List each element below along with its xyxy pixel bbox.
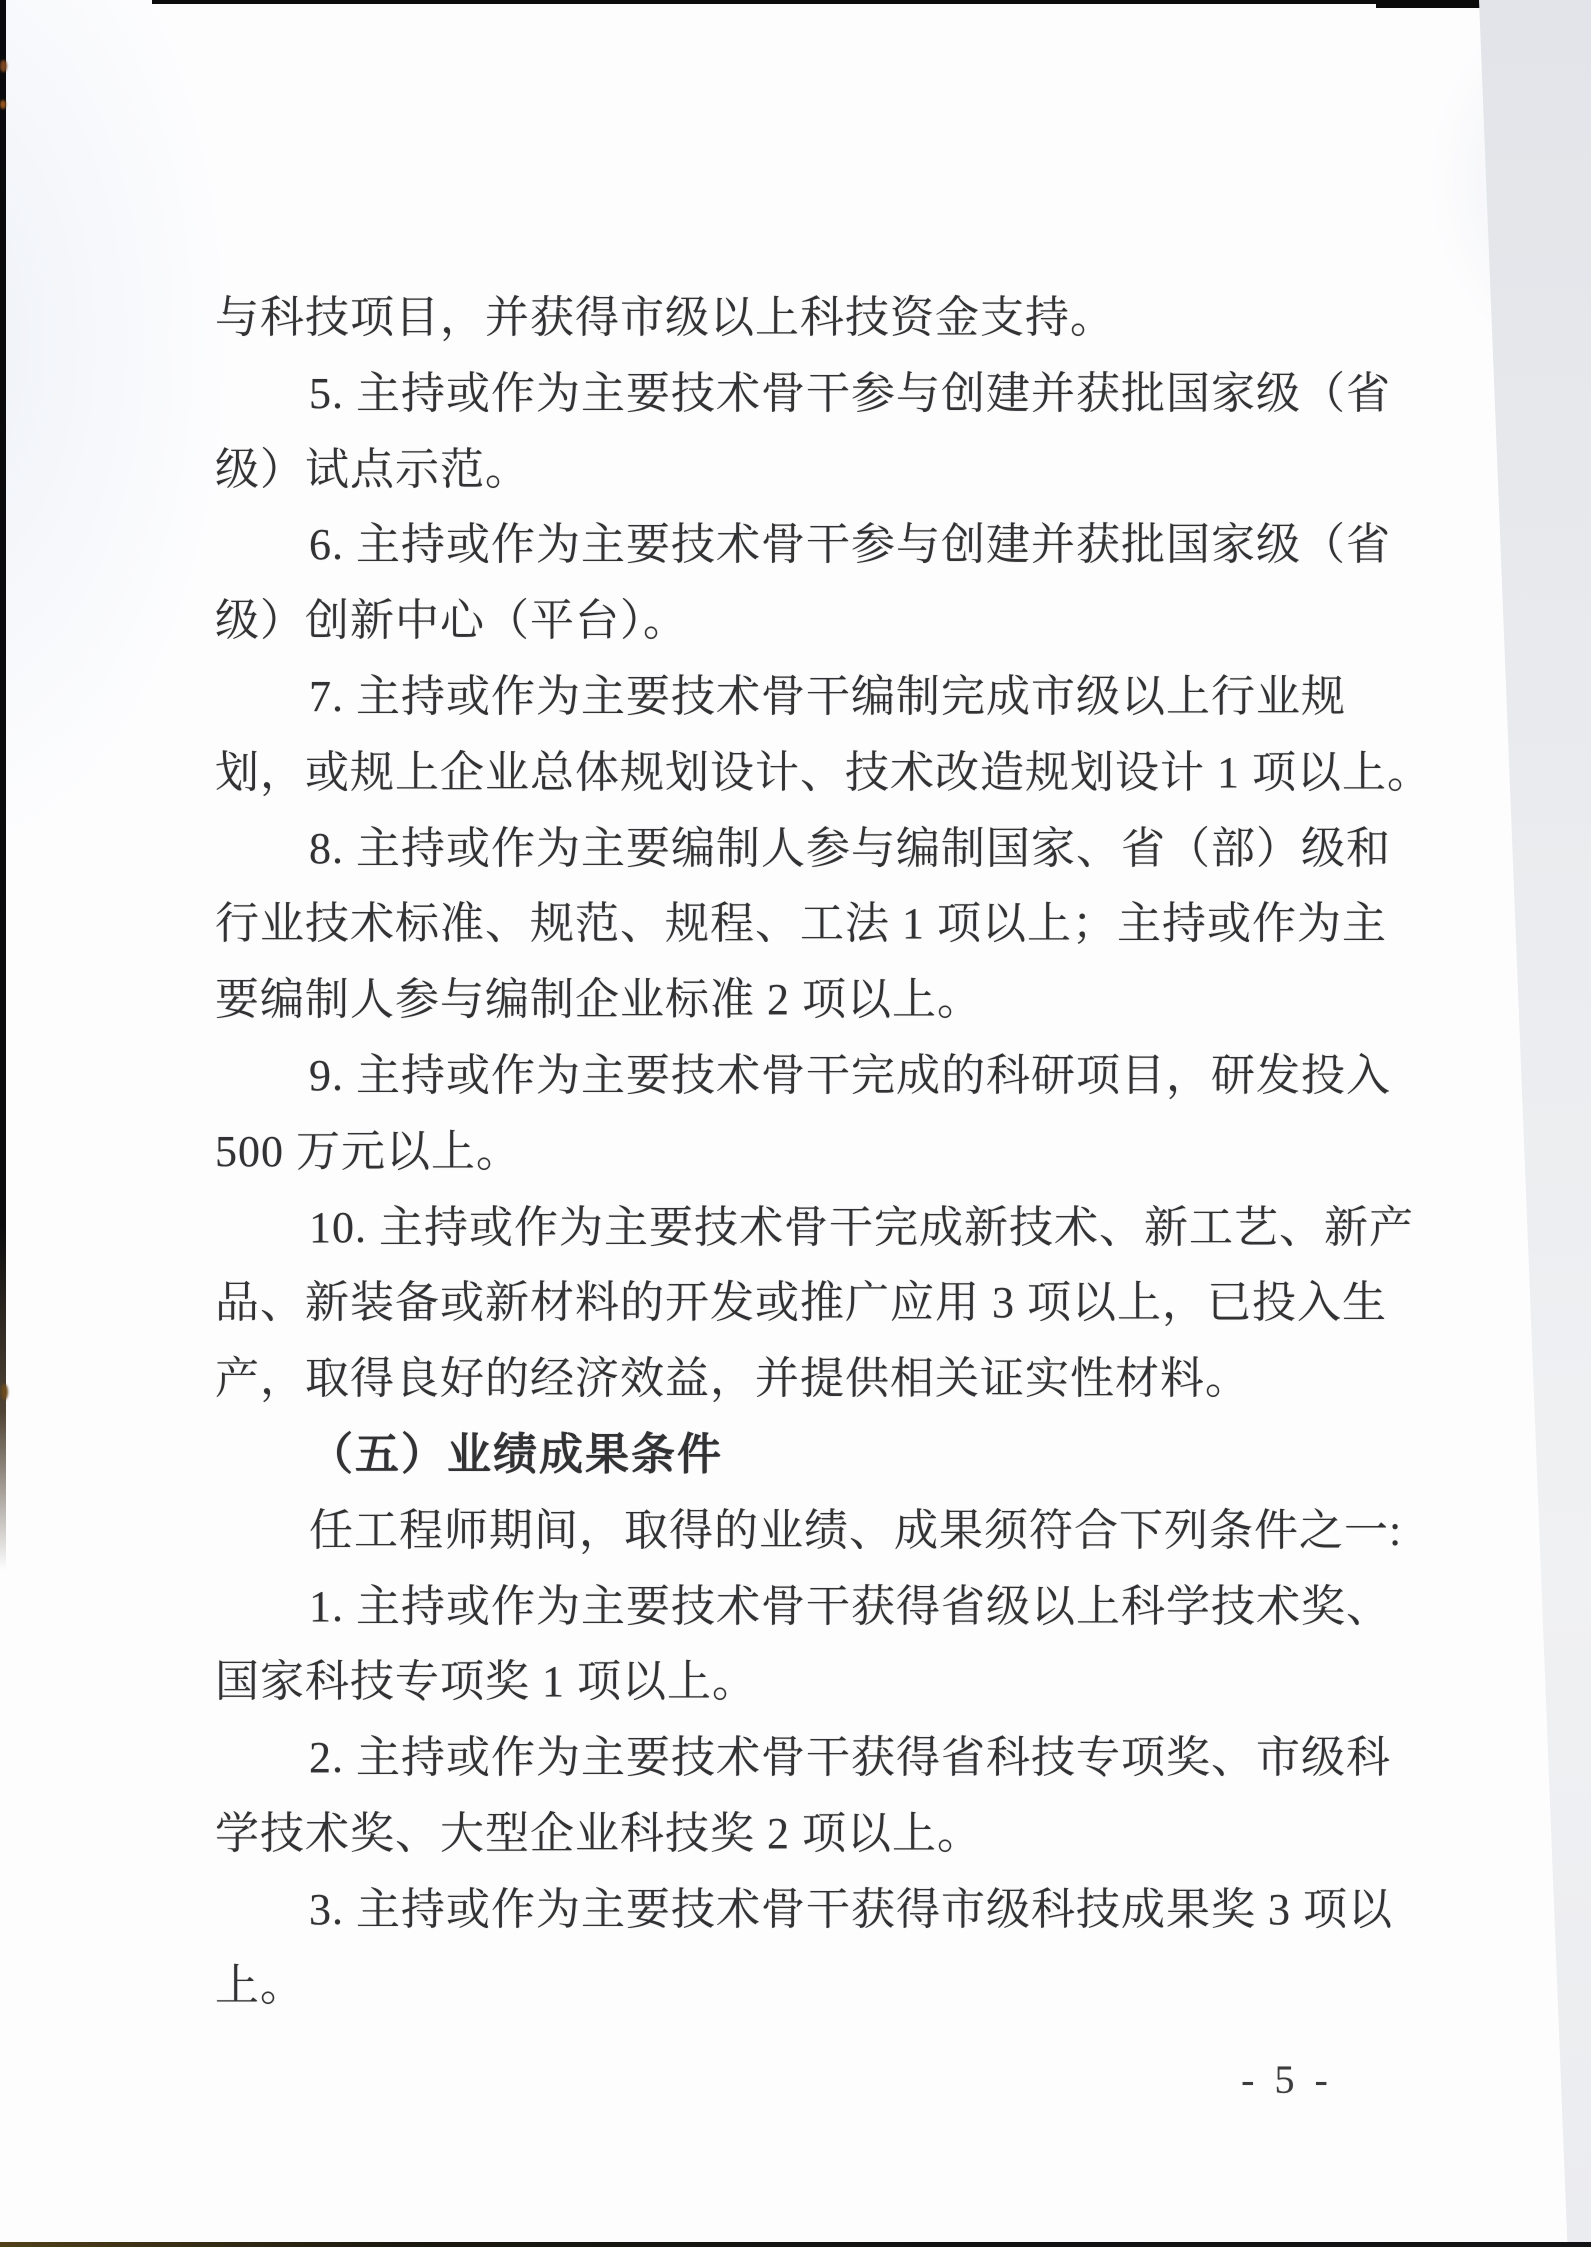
- text-line: 级）试点示范。: [215, 432, 1395, 508]
- text-line: 上。: [215, 1948, 1395, 2024]
- document-body: 与科技项目，并获得市级以上科技资金支持。5. 主持或作为主要技术骨干参与创建并获…: [215, 280, 1395, 2023]
- text-line: 要编制人参与编制企业标准 2 项以上。: [215, 962, 1395, 1038]
- scan-speck: [1, 1384, 8, 1400]
- right-scan-shadow: [1479, 0, 1591, 2247]
- text-line: 3. 主持或作为主要技术骨干获得市级科技成果奖 3 项以: [215, 1872, 1395, 1948]
- text-line: 8. 主持或作为主要编制人参与编制国家、省（部）级和: [215, 811, 1395, 887]
- text-line: 5. 主持或作为主要技术骨干参与创建并获批国家级（省: [215, 356, 1395, 432]
- text-line: 与科技项目，并获得市级以上科技资金支持。: [215, 280, 1395, 356]
- text-line: 国家科技专项奖 1 项以上。: [215, 1644, 1395, 1720]
- page-number: - 5 -: [1212, 2058, 1362, 2102]
- text-line: 任工程师期间，取得的业绩、成果须符合下列条件之一:: [215, 1493, 1395, 1569]
- text-line: 500 万元以上。: [215, 1114, 1395, 1190]
- text-line: 2. 主持或作为主要技术骨干获得省科技专项奖、市级科: [215, 1720, 1395, 1796]
- text-line: 1. 主持或作为主要技术骨干获得省级以上科学技术奖、: [215, 1569, 1395, 1645]
- bottom-edge-line: [0, 2242, 1591, 2247]
- scan-speck: [0, 60, 7, 72]
- text-line: 10. 主持或作为主要技术骨干完成新技术、新工艺、新产: [215, 1190, 1395, 1266]
- scan-speck: [0, 100, 6, 109]
- text-line: 9. 主持或作为主要技术骨干完成的科研项目，研发投入: [215, 1038, 1395, 1114]
- top-edge-line-thick: [1376, 0, 1482, 8]
- text-line: 划，或规上企业总体规划设计、技术改造规划设计 1 项以上。: [215, 735, 1395, 811]
- text-line: 产，取得良好的经济效益，并提供相关证实性材料。: [215, 1341, 1395, 1417]
- text-line: 6. 主持或作为主要技术骨干参与创建并获批国家级（省: [215, 507, 1395, 583]
- text-line: （五）业绩成果条件: [215, 1417, 1395, 1493]
- text-line: 品、新装备或新材料的开发或推广应用 3 项以上，已投入生: [215, 1265, 1395, 1341]
- text-line: 7. 主持或作为主要技术骨干编制完成市级以上行业规: [215, 659, 1395, 735]
- text-line: 学技术奖、大型企业科技奖 2 项以上。: [215, 1796, 1395, 1872]
- text-line: 级）创新中心（平台）。: [215, 583, 1395, 659]
- text-line: 行业技术标准、规范、规程、工法 1 项以上；主持或作为主: [215, 886, 1395, 962]
- scanned-document-page: 与科技项目，并获得市级以上科技资金支持。5. 主持或作为主要技术骨干参与创建并获…: [0, 0, 1591, 2247]
- left-edge-scan-shadow: [0, 0, 6, 1570]
